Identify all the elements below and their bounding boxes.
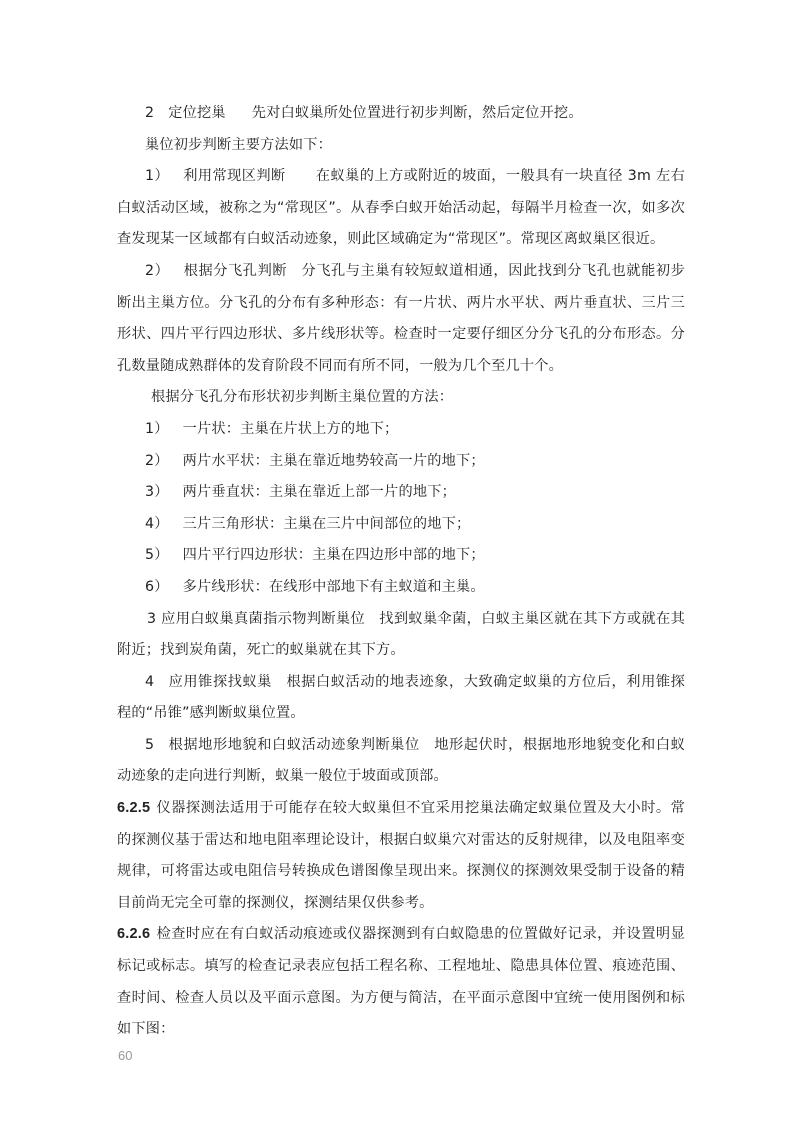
- para-5-line-1: 5根据地形地貌和白蚁活动迹象判断巢位地形起伏时，根据地形地貌变化和白蚁活: [117, 730, 685, 762]
- section-number: 6.2.6: [117, 926, 150, 942]
- section-6-2-6-line-1: 6.2.6检查时应在有白蚁活动痕迹或仪器探测到有白蚁隐患的位置做好记录，并设置明…: [117, 919, 685, 951]
- section-6-2-6-line-3: 查时间、检查人员以及平面示意图。为方便与简洁，在平面示意图中宜统一使用图例和标识…: [117, 983, 685, 1015]
- shape-item-6: 6）多片线形状：在线形中部地下有主蚁道和主巢。: [117, 572, 685, 604]
- para-title: 定位挖巢: [168, 105, 226, 121]
- document-page: 2定位挖巢先对白蚁巢所处位置进行初步判断，然后定位开挖。 巢位初步判断主要方法如…: [117, 98, 685, 1046]
- section-6-2-5-line-3: 规律，可将雷达或电阻信号转换成色谱图像呈现出来。探测仪的探测效果受制于设备的精度…: [117, 856, 685, 888]
- shape-text: 三片三角形状：主巢在三片中间部位的地下；: [183, 516, 471, 532]
- method-1-line-3: 查发现某一区域都有白蚁活动迹象，则此区域确定为“常现区”。常现区离蚁巢区很近。: [117, 224, 685, 256]
- para-3-line-1: 3 应用白蚁巢真菌指示物判断巢位找到蚁巢伞菌，白蚁主巢区就在其下方或就在其: [117, 604, 685, 636]
- para-number: 5: [145, 737, 154, 753]
- list-number: 2）: [145, 453, 169, 469]
- shape-text: 一片状：主巢在片状上方的地下；: [183, 421, 399, 437]
- shape-item-5: 5）四片平行四边形状：主巢在四边形中部的地下；: [117, 540, 685, 572]
- section-text: 仪器探测法适用于可能存在较大蚁巢但不宜采用挖巢法确定蚁巢位置及大小时。常见: [117, 800, 685, 825]
- section-6-2-6-line-2: 标记或标志。填写的检查记录表应包括工程名称、工程地址、隐患具体位置、痕迹范围、检: [117, 951, 685, 983]
- list-number: 3）: [145, 484, 169, 500]
- shape-item-4: 4）三片三角形状：主巢在三片中间部位的地下；: [117, 509, 685, 541]
- method-1-line-1: 1）利用常现区判断在蚁巢的上方或附近的坡面，一般具有一块直径 3m 左右的: [117, 161, 685, 193]
- section-text: 检查时应在有白蚁活动痕迹或仪器探测到有白蚁隐患的位置做好记录，并设置明显的: [117, 926, 685, 951]
- para-5-line-2: 动迹象的走向进行判断，蚁巢一般位于坡面或顶部。: [117, 761, 685, 793]
- method-2-line-1: 2）根据分飞孔判断分飞孔与主巢有较短蚁道相通，因此找到分飞孔也就能初步判: [117, 256, 685, 288]
- list-number: 2）: [145, 263, 169, 279]
- section-6-2-5-line-4: 目前尚无完全可靠的探测仪，探测结果仅供参考。: [117, 888, 685, 920]
- para-text: 先对白蚁巢所处位置进行初步判断，然后定位开挖。: [252, 105, 583, 121]
- list-number: 5）: [145, 547, 169, 563]
- shape-intro: 根据分飞孔分布形状初步判断主巢位置的方法：: [117, 382, 685, 414]
- list-number: 6）: [145, 579, 169, 595]
- shape-text: 两片垂直状：主巢在靠近上部一片的地下；: [183, 484, 456, 500]
- para-3-line-2: 附近；找到炭角菌，死亡的蚁巢就在其下方。: [117, 635, 685, 667]
- method-2-line-2: 断出主巢方位。分飞孔的分布有多种形态：有一片状、两片水平状、两片垂直状、三片三角: [117, 288, 685, 320]
- methods-intro: 巢位初步判断主要方法如下：: [117, 130, 685, 162]
- para-number: 4: [145, 674, 154, 690]
- method-title: 利用常现区判断: [183, 168, 286, 184]
- para-4-line-2: 程的“吊锥”感判断蚁巢位置。: [117, 698, 685, 730]
- method-title: 根据分飞孔判断: [183, 263, 287, 279]
- para-title: 应用锥探找蚁巢: [168, 674, 272, 690]
- section-6-2-5-line-1: 6.2.5仪器探测法适用于可能存在较大蚁巢但不宜采用挖巢法确定蚁巢位置及大小时。…: [117, 793, 685, 825]
- para-text: 找到蚁巢伞菌，白蚁主巢区就在其下方或就在其: [379, 611, 685, 627]
- section-number: 6.2.5: [117, 800, 150, 816]
- method-2-line-3: 形状、四片平行四边形状、多片线形状等。检查时一定要仔细区分分飞孔的分布形态。分飞: [117, 319, 685, 351]
- para-number: 3: [147, 611, 156, 627]
- para-title: 应用白蚁巢真菌指示物判断巢位: [161, 611, 365, 627]
- list-number: 4）: [145, 516, 169, 532]
- method-2-line-4: 孔数量随成熟群体的发育阶段不同而有所不同，一般为几个至几十个。: [117, 351, 685, 383]
- para-4-line-1: 4应用锥探找蚁巢根据白蚁活动的地表迹象，大致确定蚁巢的方位后，利用锥探过: [117, 667, 685, 699]
- para-number: 2: [145, 105, 154, 121]
- page-number: 60: [118, 1048, 132, 1063]
- shape-item-3: 3）两片垂直状：主巢在靠近上部一片的地下；: [117, 477, 685, 509]
- shape-text: 四片平行四边形状：主巢在四边形中部的地下；: [183, 547, 485, 563]
- section-6-2-5-line-2: 的探测仪基于雷达和地电阻率理论设计，根据白蚁巢穴对雷达的反射规律，以及电阻率变化: [117, 825, 685, 857]
- shape-item-1: 1）一片状：主巢在片状上方的地下；: [117, 414, 685, 446]
- list-number: 1）: [145, 421, 169, 437]
- para-title: 根据地形地貌和白蚁活动迹象判断巢位: [168, 737, 420, 753]
- shape-text: 两片水平状：主巢在靠近地势较高一片的地下；: [183, 453, 485, 469]
- para-locate-dig: 2定位挖巢先对白蚁巢所处位置进行初步判断，然后定位开挖。: [117, 98, 685, 130]
- method-1-line-2: 白蚁活动区域，被称之为“常现区”。从春季白蚁开始活动起，每隔半月检查一次，如多次…: [117, 193, 685, 225]
- shape-text: 多片线形状：在线形中部地下有主蚁道和主巢。: [183, 579, 485, 595]
- list-number: 1）: [145, 168, 169, 184]
- shape-item-2: 2）两片水平状：主巢在靠近地势较高一片的地下；: [117, 446, 685, 478]
- section-6-2-6-line-4: 如下图：: [117, 1014, 685, 1046]
